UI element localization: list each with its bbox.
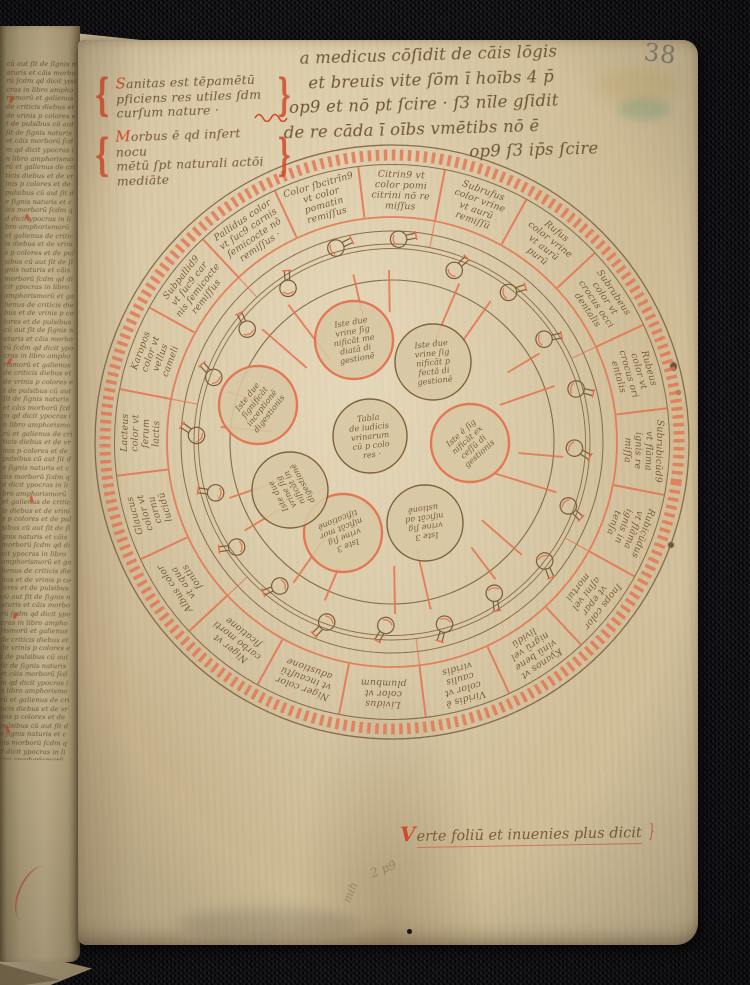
judgement-circle-mediata-digestio: Iste duevrine ſignificāt mediatā digesti… — [315, 301, 393, 379]
judgement-circle-tabula: Tablade iudicisvrinarumcū p colores · — [333, 399, 407, 473]
urine-flask-icon — [325, 233, 356, 259]
segment-label-albus: Albus colorvt aquafontis — [155, 550, 213, 615]
red-flourish-mark — [7, 860, 61, 928]
svg-text:Iste duevrine ſignificāt pfect: Iste duevrine ſignificāt pfectā digestio… — [413, 337, 453, 387]
judgement-circle-excessus-digestionis: Iste ē ſignificāt exceſſū digestionis — [431, 404, 509, 482]
segment-divider — [120, 389, 170, 399]
red-brace-icon: { — [94, 136, 110, 176]
segment-label-rubeus: Rubeuscolor vtcrocus orientalis — [607, 343, 661, 402]
wormhole — [407, 929, 412, 934]
segment-label-niger-mortificatione: Niger vtcarbo mortificatione — [205, 610, 270, 671]
urine-flask-icon — [485, 584, 505, 612]
connector-line — [462, 301, 491, 342]
segment-label-lividus: Lividuscolor vtplumbum — [360, 677, 407, 711]
urine-flask-icon — [218, 538, 246, 557]
segment-divider — [339, 664, 349, 714]
connector-line — [493, 473, 556, 492]
segment-label-lacteus: Lacteuscolor vtſerumlactis — [119, 413, 163, 454]
segment-divider — [590, 552, 635, 577]
connector-line — [471, 547, 495, 579]
red-initial: V — [400, 822, 416, 846]
pen-trial: mih — [341, 880, 361, 904]
marginal-note: a medicus cōſidit de cāis lōgiset breuis… — [281, 37, 664, 170]
judgement-circle-inceptio-digestionis: Iste dueſignificātinceptionēdigestionis — [219, 366, 297, 444]
connector-line — [262, 329, 307, 368]
connector-line — [325, 568, 339, 600]
judgement-circle-indigestio: Iste duevrine ſignificāt indigestionē — [252, 452, 328, 528]
urine-flask-icon — [232, 310, 258, 341]
segment-divider — [616, 408, 667, 414]
rubric-morbus: { Morbus ē qd infert nocumētū ſpt natura… — [88, 127, 298, 186]
judgement-circle-adustio: Iste 3vrine ſignificāt adustionē — [387, 485, 463, 561]
segment-divider — [614, 485, 664, 495]
judgement-circle-perfecta-digestio: Iste duevrine ſignificāt pfectā digestio… — [395, 324, 471, 400]
connector-line — [482, 520, 522, 555]
segment-divider — [117, 470, 168, 476]
pen-trial: 2 p9 — [368, 857, 398, 880]
rubric-text: Sanitas est tēpamētūpficiens res utiles … — [116, 71, 271, 121]
segment-label-glaucus: Glaucuscolor vtcornulucidū — [124, 487, 176, 537]
segment-divider — [435, 170, 445, 220]
connector-line — [394, 566, 395, 614]
urine-flask-icon — [557, 494, 587, 524]
segment-label-karopos: Karoposcolor vtvelluscameli — [128, 330, 182, 383]
segment-divider — [420, 666, 426, 717]
red-brace-icon: { — [94, 76, 110, 116]
previous-page-edge: cū aut ſit de ſignis naturis et cāis mor… — [0, 26, 80, 962]
manuscript-page: 38 { Sanitas est tēpamētūpficiens res ut… — [78, 40, 698, 945]
segment-divider — [488, 647, 510, 693]
connector-line — [508, 353, 540, 372]
segment-label-pallidus: Pallidus colorvt ſuc9 carnisſemicocte nō… — [211, 197, 291, 270]
segment-divider — [597, 325, 643, 347]
urine-flask-icon — [534, 327, 563, 348]
connector-line — [500, 386, 555, 405]
urine-flask-icon — [197, 482, 225, 502]
red-flourish-icon: } — [649, 821, 655, 842]
connector-line — [519, 453, 564, 457]
urine-wheel-diagram: Pallidus colorvt ſuc9 carnisſemicocte nō… — [82, 132, 702, 752]
verte-folium-note: Verte foliū et inuenies plus dicit } — [400, 818, 658, 846]
previous-page-text-showthrough: cū aut ſit de ſignis naturis et cāis mor… — [0, 60, 77, 761]
segment-label-viridis: Viridis ēcolor vtcaulisviridis — [436, 658, 487, 710]
segment-label-citrinus: Citrin9 vtcolor pomicitrini nō remiſſus — [371, 168, 431, 213]
segment-label-subrubicundus: Subrubicūd9vt flāmaignis remiſſa — [621, 419, 666, 483]
connector-line — [389, 270, 390, 312]
annotation-text: erte foliū et inuenies plus dicit — [416, 825, 641, 848]
segment-label-niger-adustione: Niger colorvt incauſtūadustione — [274, 654, 339, 704]
rubric-definitions: { Sanitas est tēpamētūpficiens res utile… — [88, 74, 298, 194]
segment-divider — [358, 167, 364, 218]
urine-flask-icon — [308, 610, 338, 640]
segment-divider — [141, 538, 187, 560]
rubric-text: Morbus ē qd infert nocumētū ſpt naturali… — [115, 124, 270, 188]
smudge — [178, 908, 358, 938]
